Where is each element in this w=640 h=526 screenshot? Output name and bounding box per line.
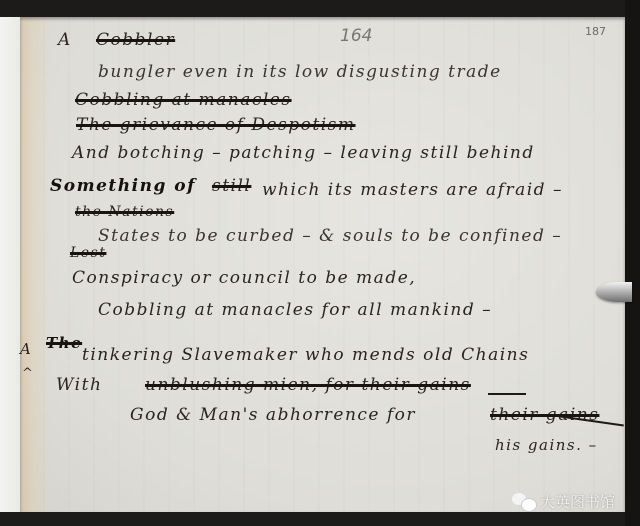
- manuscript-line: bungler even in its low disgusting trade: [98, 62, 502, 82]
- wechat-icon: [512, 493, 536, 511]
- manuscript-line-struck: Lest: [70, 245, 106, 261]
- watermark: 大英图书馆: [512, 491, 615, 512]
- manuscript-line: Cobbling at manacles for all mankind –: [98, 300, 492, 320]
- manuscript-line-struck: Cobbling at manacles: [75, 90, 292, 110]
- manuscript-line-struck: The: [46, 334, 82, 352]
- margin-mark: ^: [22, 366, 34, 381]
- manuscript-line: With: [56, 375, 102, 395]
- manuscript-line: A: [58, 30, 72, 50]
- margin-mark: A: [20, 340, 32, 358]
- manuscript-line: Something of: [50, 176, 196, 196]
- manuscript-line-struck: still: [212, 176, 251, 196]
- dash-mark: [488, 393, 526, 395]
- watermark-text: 大英图书馆: [540, 491, 615, 512]
- manuscript-line-struck: their gains: [490, 405, 599, 425]
- page-margin-strip: [0, 17, 20, 512]
- manuscript-line: God & Man's abhorrence for: [130, 405, 416, 425]
- manuscript-line: tinkering Slavemaker who mends old Chain…: [82, 345, 529, 365]
- manuscript-line: his gains. –: [495, 436, 598, 454]
- manuscript-line: States to be curbed – & souls to be conf…: [98, 226, 562, 246]
- scan-frame-edge: [625, 0, 640, 526]
- manuscript-line-struck: The grievance of Despotism: [76, 115, 356, 135]
- manuscript-line-struck: unblushing mien, for their gains: [145, 375, 471, 395]
- manuscript-line: Conspiracy or council to be made,: [72, 268, 416, 288]
- manuscript-line-struck: the Nations: [75, 204, 174, 220]
- manuscript-line-struck: Cobbler: [96, 30, 175, 50]
- pencil-page-number: 164: [340, 26, 372, 46]
- manuscript-line: And botching – patching – leaving still …: [72, 143, 535, 163]
- paper-clip-icon: [596, 282, 632, 302]
- folio-number: 187: [585, 25, 606, 38]
- manuscript-line: which its masters are afraid –: [262, 180, 563, 200]
